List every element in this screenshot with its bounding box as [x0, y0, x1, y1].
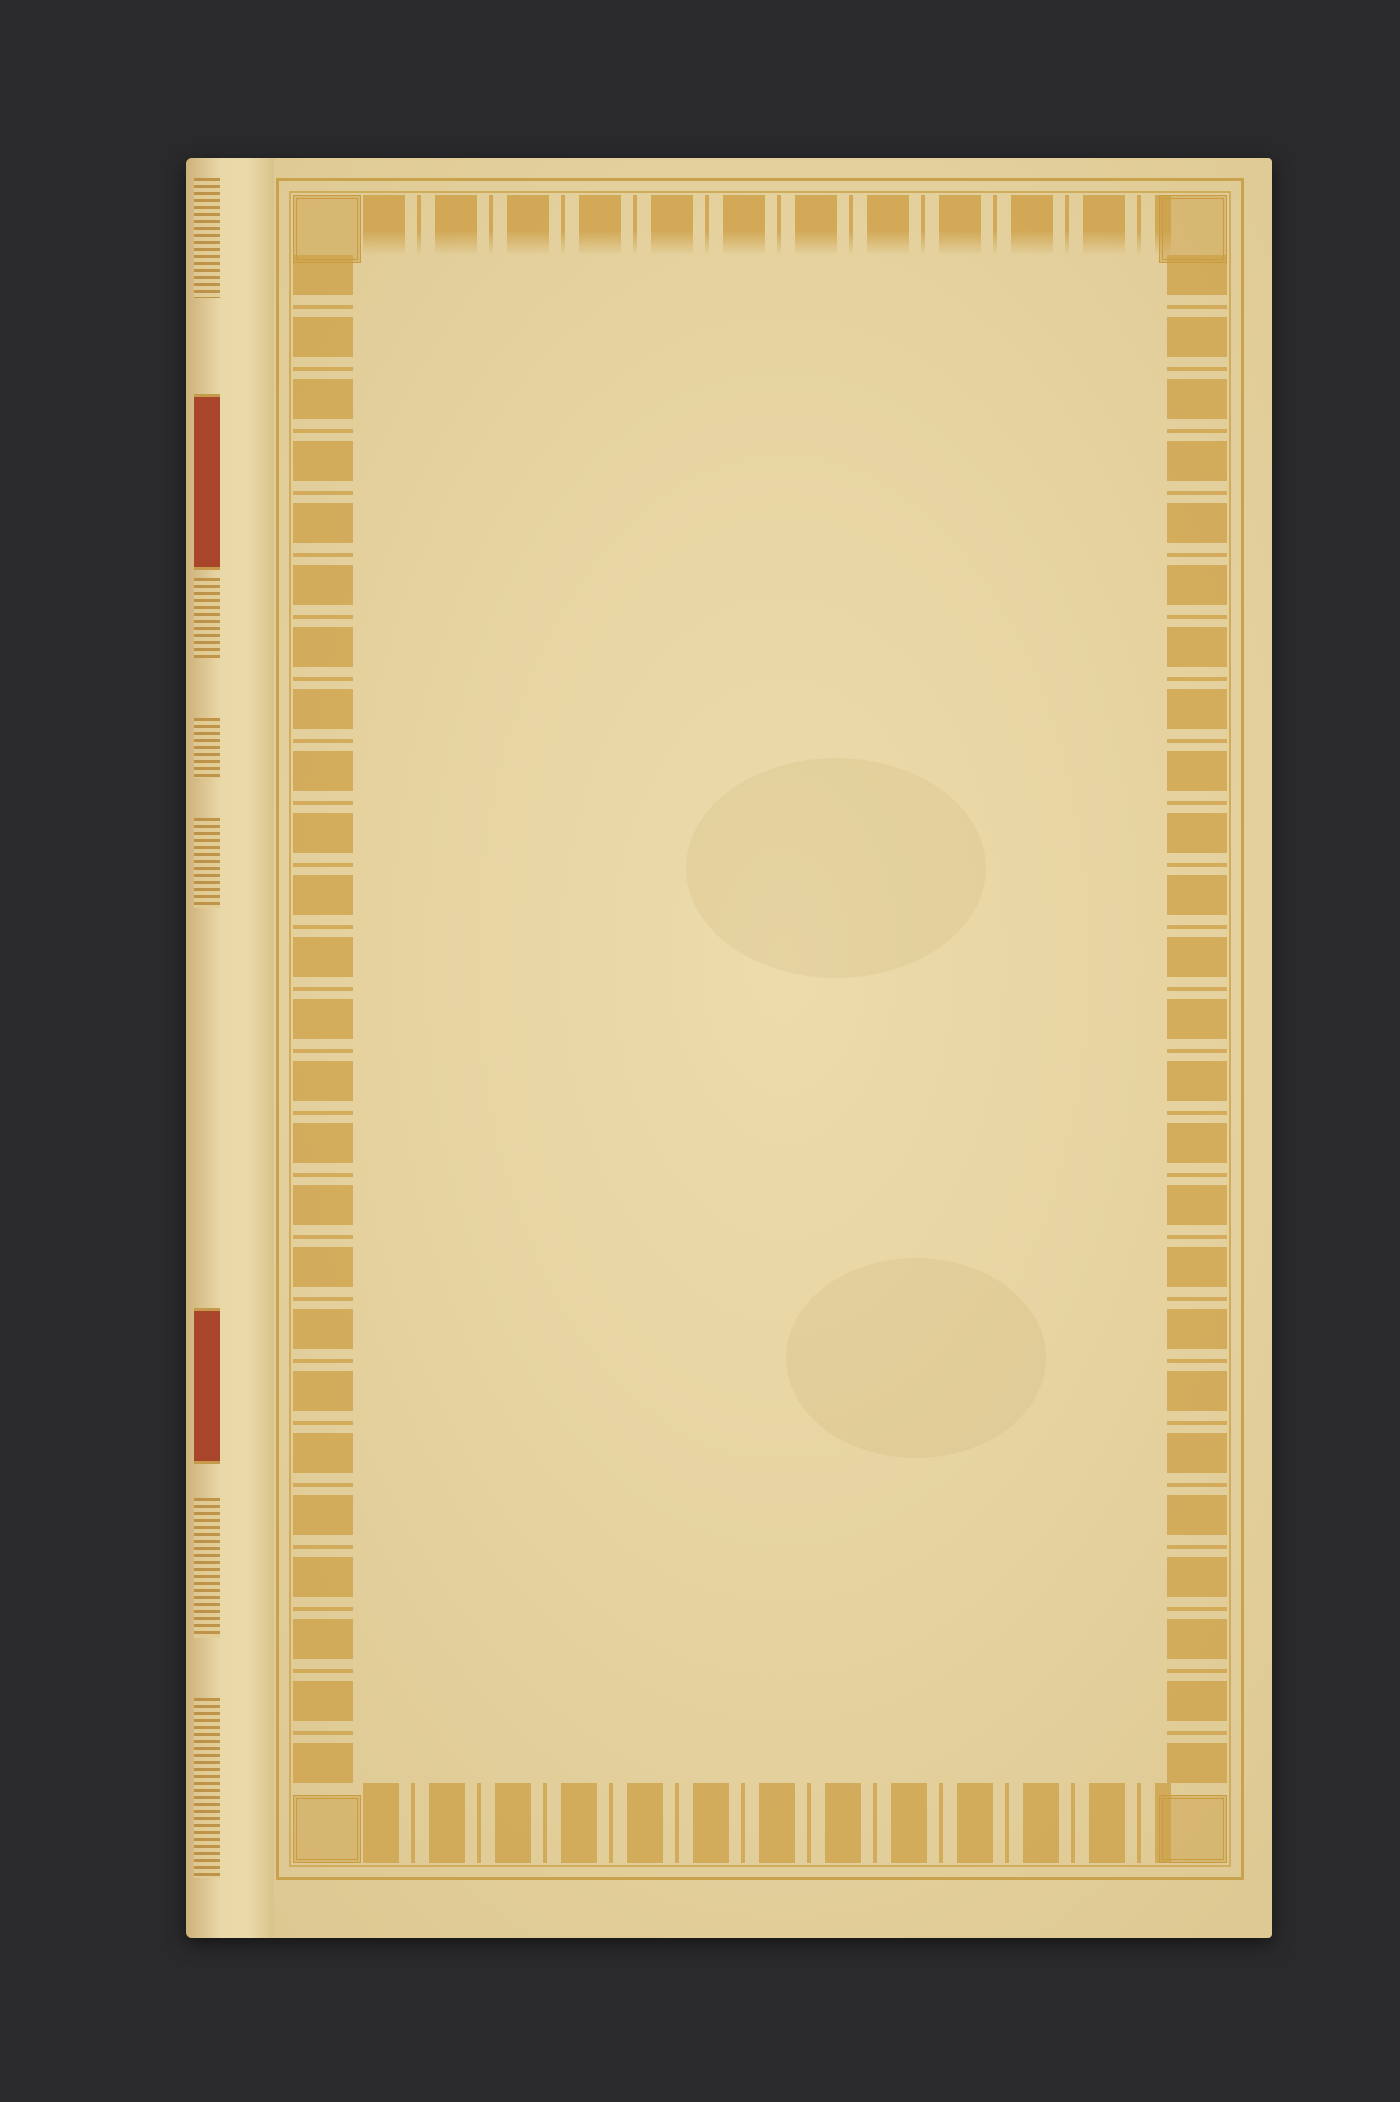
- spine-gilt-band: [194, 1498, 220, 1638]
- vellum-stain: [786, 1258, 1046, 1458]
- spine-red-label-top: [194, 394, 220, 570]
- corner-ornament: [293, 195, 361, 263]
- spine-gilt-band: [194, 178, 220, 298]
- palmette-column-right: [1167, 255, 1227, 1783]
- palmette-column-left: [293, 255, 353, 1783]
- spine-gilt-band: [194, 818, 220, 908]
- gilt-border-frame: [276, 178, 1244, 1880]
- book-spine: [186, 158, 274, 1938]
- spine-gilt-band: [194, 1698, 220, 1878]
- gilt-inner-rule: [289, 191, 1231, 1867]
- book: [186, 158, 1272, 1938]
- palmette-row-bottom: [349, 1783, 1171, 1863]
- spine-red-label-bottom: [194, 1308, 220, 1464]
- palmette-row-top: [349, 195, 1171, 255]
- vellum-stain: [686, 758, 986, 978]
- corner-ornament: [1159, 195, 1227, 263]
- spine-gilt-band: [194, 578, 220, 658]
- corner-ornament: [293, 1795, 361, 1863]
- corner-ornament: [1159, 1795, 1227, 1863]
- spine-gilt-band: [194, 718, 220, 778]
